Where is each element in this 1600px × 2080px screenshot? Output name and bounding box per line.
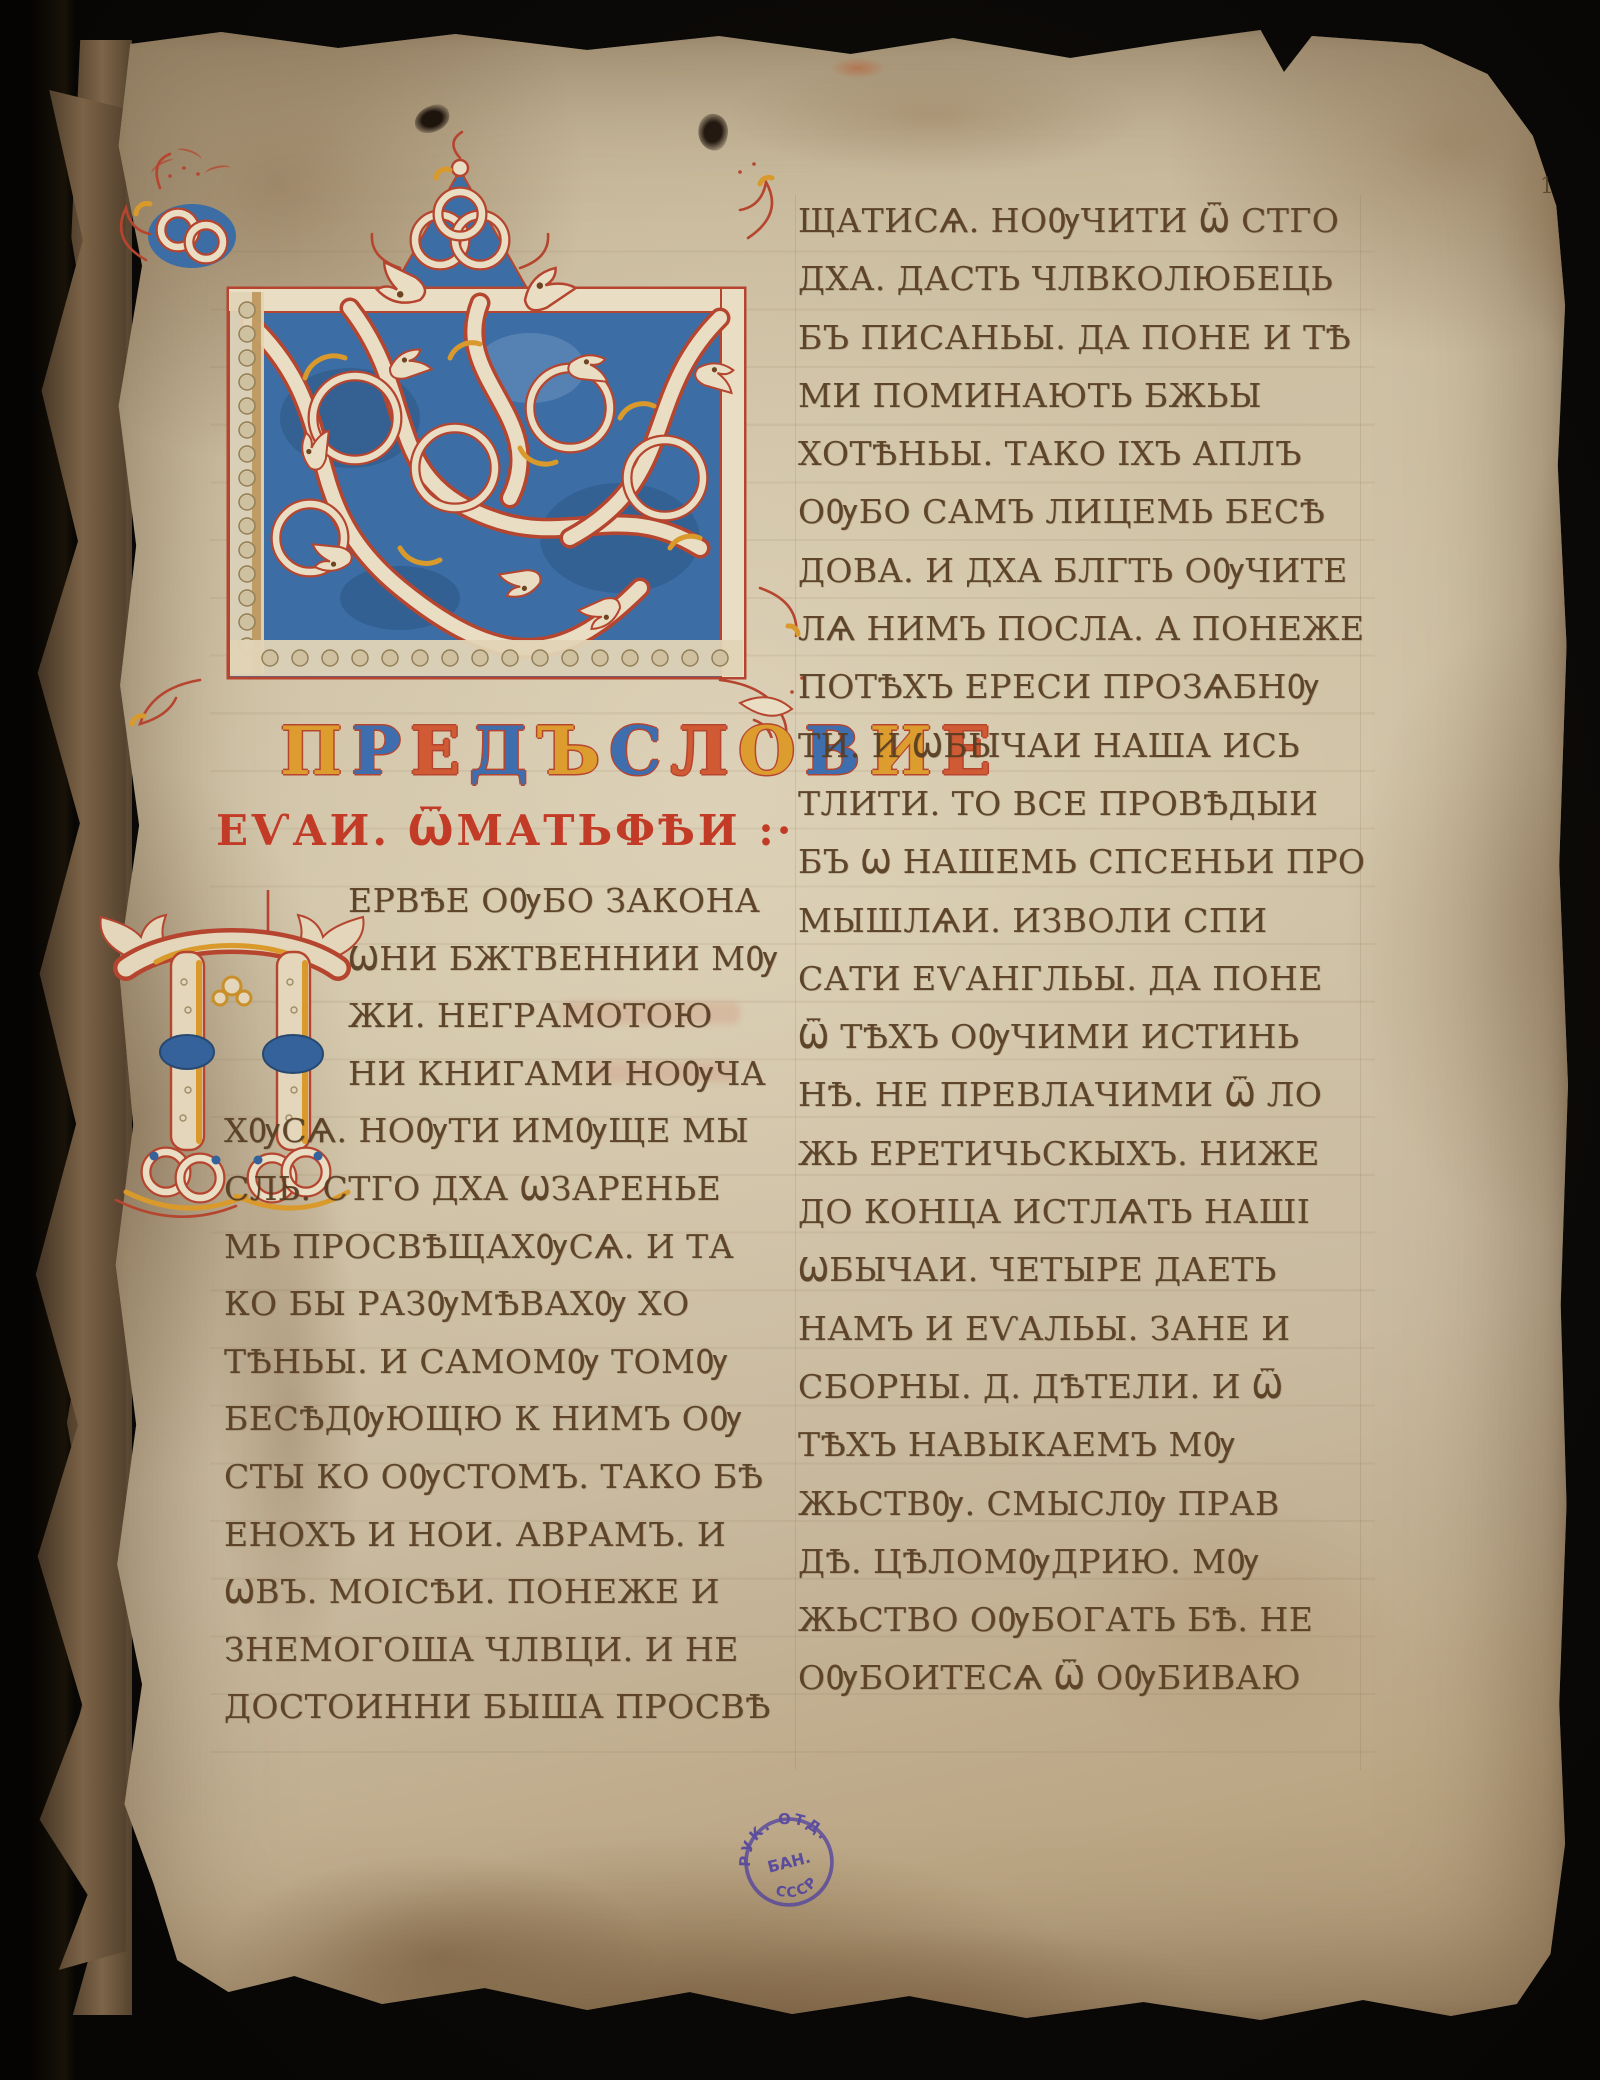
parchment-stain bbox=[1494, 76, 1600, 356]
text-column-left: ЕРВѢЕ ОѸБО ЗАКОНАѠНИ БЖТВЕННИИ МѸЖИ. НЕГ… bbox=[224, 872, 759, 1736]
manuscript-text-line: ПОТѢХЪ ЕРЕСИ ПРОЗѦБНѸ bbox=[798, 658, 1363, 716]
manuscript-text-line: САТИ ЕѴАНГЛЬЫ. ДА ПОНЕ bbox=[798, 950, 1363, 1008]
manuscript-text-line: ѠБЫЧАИ. ЧЕТЫРЕ ДАЕТЬ bbox=[798, 1241, 1363, 1299]
manuscript-text-line: ЕРВѢЕ ОѸБО ЗАКОНА bbox=[224, 872, 759, 930]
manuscript-text-line: ѠНИ БЖТВЕННИИ МѸ bbox=[224, 930, 759, 988]
manuscript-text-line: СЛЬ. СТГО ДХА ѠЗАРЕНЬЕ bbox=[224, 1160, 759, 1218]
manuscript-text-line: ДѢ. ЦѢЛОМѸДРИЮ. МѸ bbox=[798, 1533, 1363, 1591]
manuscript-text-line: ХѸСѦ. НОѸТИ ИМѸЩЕ МЫ bbox=[224, 1102, 759, 1160]
manuscript-text-line: ЩАТИСѦ. НОѸЧИТИ Ѿ СТГО bbox=[798, 192, 1363, 250]
manuscript-text-line: МЫШЛѦИ. ИЗВОЛИ СПИ bbox=[798, 892, 1363, 950]
headpiece-panel bbox=[228, 260, 745, 678]
parchment-stain bbox=[684, 1926, 1224, 2076]
manuscript-text-line: ЛѦ НИМЪ ПОСЛА. А ПОНЕЖЕ bbox=[798, 600, 1363, 658]
manuscript-text-line: КО БЫ РАЗѸМѢВАХѸ ХО bbox=[224, 1275, 759, 1333]
parchment-stain bbox=[1522, 406, 1600, 806]
manuscript-text-line: ЕНОХЪ И НОИ. АВРАМЪ. И bbox=[224, 1506, 759, 1564]
parchment-stain bbox=[224, 1856, 654, 2056]
manuscript-photo: ПРЕДЪСЛОВИЕ ЕѴАИ. ѾМАТЬФѢИ :· bbox=[0, 0, 1600, 2080]
manuscript-text-line: ХОТѢНЬЫ. ТАКО ІХЪ АПЛЪ bbox=[798, 425, 1363, 483]
manuscript-text-line: ЖЬ ЕРЕТИЧЬСКЫХЪ. НИЖЕ bbox=[798, 1125, 1363, 1183]
manuscript-text-line: Ѿ ТѢХЪ ОѸЧИМИ ИСТИНЬ bbox=[798, 1008, 1363, 1066]
manuscript-text-line: ЖЬСТВО ОѸБОГАТЬ БѢ. НЕ bbox=[798, 1591, 1363, 1649]
headpiece-ornament bbox=[100, 118, 820, 738]
manuscript-text-line: СБОРНЫ. Д. ДѢТЕЛИ. И Ѿ bbox=[798, 1358, 1363, 1416]
manuscript-text-line: НѢ. НЕ ПРЕВЛАЧИМИ Ѿ ЛО bbox=[798, 1066, 1363, 1124]
manuscript-text-line: ДХА. ДАСТЬ ЧЛВКОЛЮБЕЦЬ bbox=[798, 250, 1363, 308]
manuscript-text-line: БЪ ПИСАНЬЫ. ДА ПОНЕ И ТѢ bbox=[798, 309, 1363, 367]
manuscript-text-line: ЗНЕМОГОША ЧЛВЦИ. И НЕ bbox=[224, 1621, 759, 1679]
page-subtitle: ЕѴАИ. ѾМАТЬФѢИ :· bbox=[216, 806, 794, 855]
manuscript-text-line: ДОВА. И ДХА БЛГТЬ ОѸЧИТЕ bbox=[798, 542, 1363, 600]
manuscript-text-line: ЖИ. НЕГРАМОТОЮ bbox=[224, 987, 759, 1045]
manuscript-text-line: МИ ПОМИНАЮТЬ БЖЬЫ bbox=[798, 367, 1363, 425]
manuscript-text-line: НИ КНИГАМИ НОѸЧА bbox=[224, 1045, 759, 1103]
manuscript-text-line: ТИ. И ѠБЫЧАИ НАША ИСЬ bbox=[798, 717, 1363, 775]
manuscript-text-line: СТЫ КО ОѸСТОМЪ. ТАКО БѢ bbox=[224, 1448, 759, 1506]
manuscript-text-line: ТѢНЬЫ. И САМОМѸ ТОМѸ bbox=[224, 1333, 759, 1391]
manuscript-text-line: ОѸБО САМЪ ЛИЦЕМЬ БЕСѢ bbox=[798, 483, 1363, 541]
manuscript-text-line: ДОСТОИННИ БЫША ПРОСВѢ bbox=[224, 1678, 759, 1736]
text-column-right: ЩАТИСѦ. НОѸЧИТИ Ѿ СТГОДХА. ДАСТЬ ЧЛВКОЛЮ… bbox=[798, 192, 1363, 1708]
manuscript-text-line: БЪ Ѡ НАШЕМЬ СПСЕНЬИ ПРО bbox=[798, 833, 1363, 891]
pigment-smudge bbox=[832, 58, 884, 78]
manuscript-text-line: ДО КОНЦА ИСТЛѦТЬ НАШІ bbox=[798, 1183, 1363, 1241]
manuscript-text-line: ѠВЪ. МОІСѢИ. ПОНЕЖЕ И bbox=[224, 1563, 759, 1621]
stamp-arc-bottom: СССР bbox=[770, 1871, 824, 1906]
manuscript-text-line: БЕСѢДѸЮЩЮ К НИМЪ ОѸ bbox=[224, 1390, 759, 1448]
manuscript-text-line: ТѢХЪ НАВЫКАЕМЪ МѸ bbox=[798, 1416, 1363, 1474]
stamp-center-text: БАН. bbox=[766, 1848, 813, 1877]
folio-number: 1 bbox=[1540, 174, 1554, 199]
knot-finial bbox=[372, 132, 548, 290]
manuscript-text-line: НАМЪ И ЕѴАЛЬЫ. ЗАНЕ И bbox=[798, 1300, 1363, 1358]
manuscript-text-line: ОѸБОИТЕСѦ Ѿ ОѸБИВАЮ bbox=[798, 1649, 1363, 1707]
corner-knot-ornament bbox=[121, 154, 236, 268]
manuscript-text-line: ТЛИТИ. ТО ВСЕ ПРОВѢДЫИ bbox=[798, 775, 1363, 833]
manuscript-text-line: ЖЬСТВѸ. СМЫСЛѸ ПРАВ bbox=[798, 1475, 1363, 1533]
manuscript-text-line: МЬ ПРОСВѢЩАХѸСѦ. И ТА bbox=[224, 1218, 759, 1276]
svg-text:СССР: СССР bbox=[770, 1871, 824, 1906]
